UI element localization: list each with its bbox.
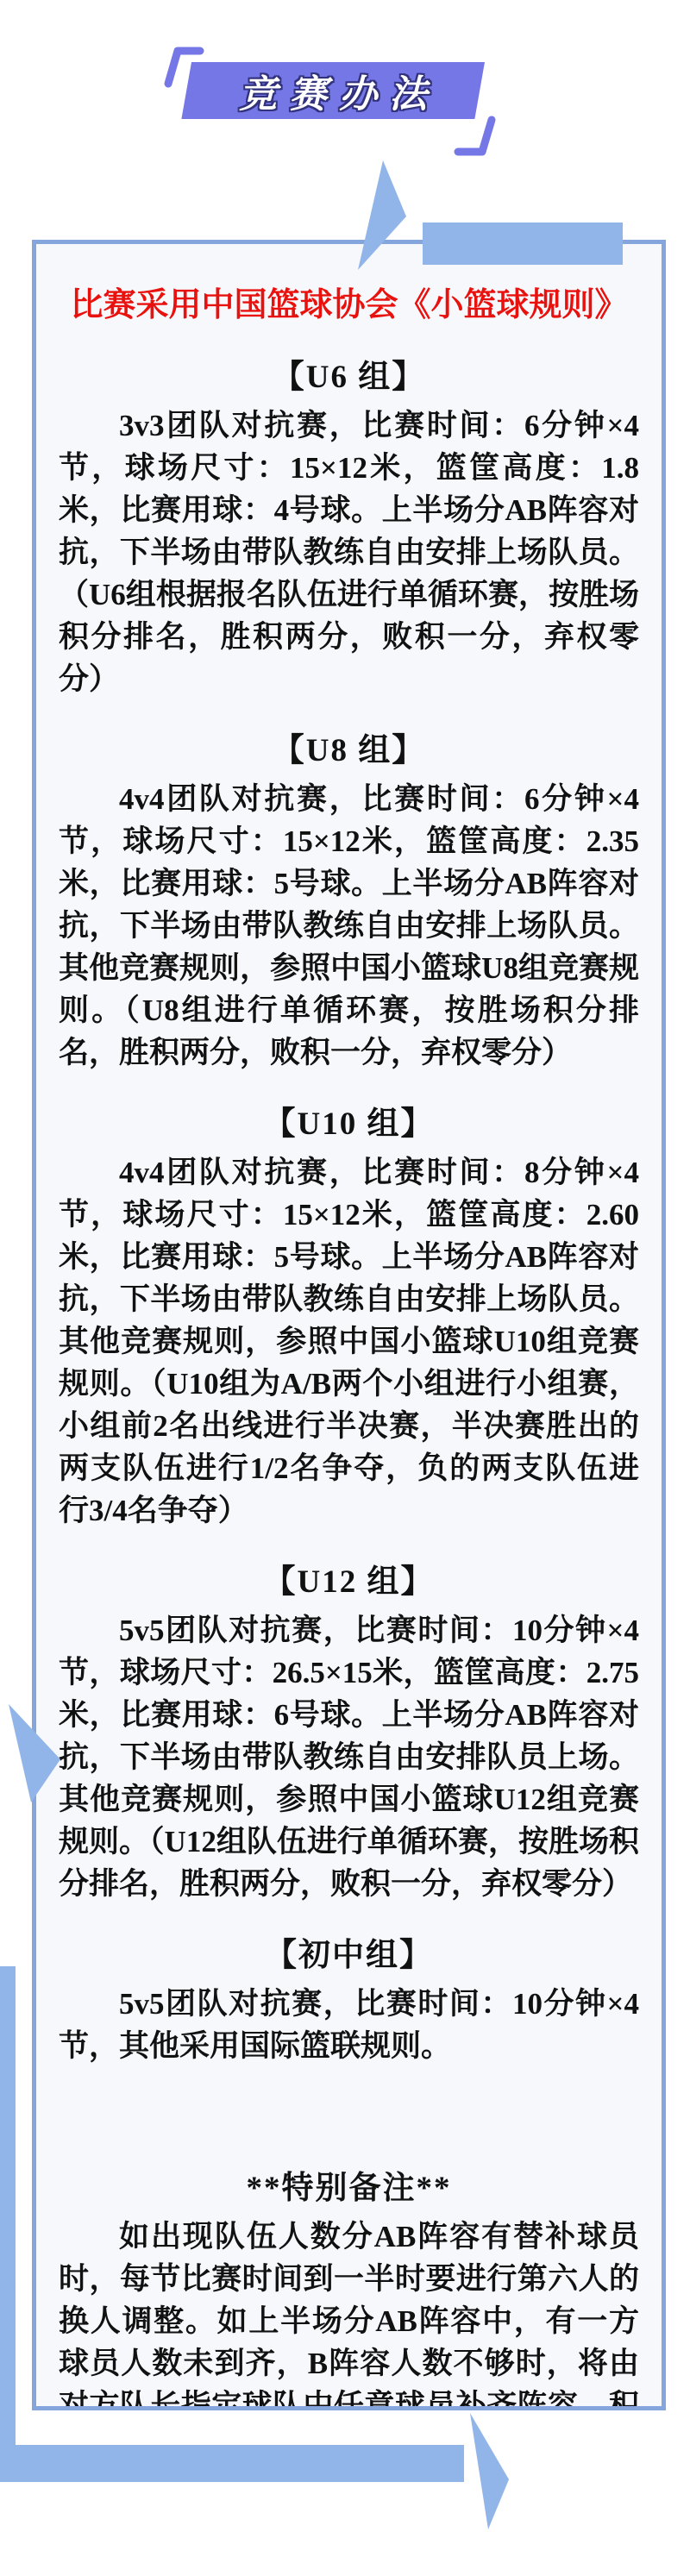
- arrow-down-icon: [470, 2413, 509, 2529]
- header-badge: 竞赛办法: [181, 62, 485, 119]
- section-u8-body: 4v4团队对抗赛，比赛时间：6分钟×4节，球场尺寸：15×12米，篮筐高度：2.…: [59, 778, 639, 1074]
- section-u12-heading: 【U12 组】: [59, 1563, 639, 1602]
- section-u6: 【U6 组】 3v3团队对抗赛，比赛时间：6分钟×4节，球场尺寸：15×12米，…: [59, 358, 639, 700]
- rules-card: 比赛采用中国篮球协会《小篮球规则》 【U6 组】 3v3团队对抗赛，比赛时间：6…: [32, 240, 666, 2410]
- section-u10-body: 4v4团队对抗赛，比赛时间：8分钟×4节，球场尺寸：15×12米，篮筐高度：2.…: [59, 1151, 639, 1532]
- poster-canvas: 比赛采用中国篮球协会《小篮球规则》 【U6 组】 3v3团队对抗赛，比赛时间：6…: [0, 0, 690, 2576]
- section-u6-body: 3v3团队对抗赛，比赛时间：6分钟×4节，球场尺寸：15×12米，篮筐高度：1.…: [59, 404, 639, 700]
- rules-card-content: 比赛采用中国篮球协会《小篮球规则》 【U6 组】 3v3团队对抗赛，比赛时间：6…: [36, 244, 662, 2410]
- section-u8-heading: 【U8 组】: [59, 731, 639, 771]
- section-u12: 【U12 组】 5v5团队对抗赛，比赛时间：10分钟×4节，球场尺寸：26.5×…: [59, 1563, 639, 1905]
- section-u12-body: 5v5团队对抗赛，比赛时间：10分钟×4节，球场尺寸：26.5×15米，篮筐高度…: [59, 1609, 639, 1905]
- bottom-accent-strip: [0, 2445, 464, 2482]
- section-u10: 【U10 组】 4v4团队对抗赛，比赛时间：8分钟×4节，球场尺寸：15×12米…: [59, 1105, 639, 1532]
- bottom-left-accent-bar: [0, 1966, 16, 2482]
- section-u8: 【U8 组】 4v4团队对抗赛，比赛时间：6分钟×4节，球场尺寸：15×12米，…: [59, 731, 639, 1074]
- section-junior-high: 【初中组】 5v5团队对抗赛，比赛时间：10分钟×4节，其他采用国际篮联规则。: [59, 1936, 639, 2067]
- section-special-notes-body: 如出现队伍人数分AB阵容有替补球员时，每节比赛时间到一半时要进行第六人的换人调整…: [59, 2216, 639, 2410]
- rules-title: 比赛采用中国篮球协会《小篮球规则》: [59, 284, 639, 327]
- header-badge-label: 竞赛办法: [227, 63, 439, 118]
- badge-corner-bracket-bottom-right: [458, 120, 492, 152]
- section-special-notes: **特别备注** 如出现队伍人数分AB阵容有替补球员时，每节比赛时间到一半时要进…: [59, 2169, 639, 2410]
- section-junior-high-heading: 【初中组】: [59, 1936, 639, 1976]
- section-junior-high-body: 5v5团队对抗赛，比赛时间：10分钟×4节，其他采用国际篮联规则。: [59, 1983, 639, 2067]
- section-u10-heading: 【U10 组】: [59, 1105, 639, 1144]
- section-special-notes-heading: **特别备注**: [59, 2169, 639, 2209]
- section-u6-heading: 【U6 组】: [59, 358, 639, 398]
